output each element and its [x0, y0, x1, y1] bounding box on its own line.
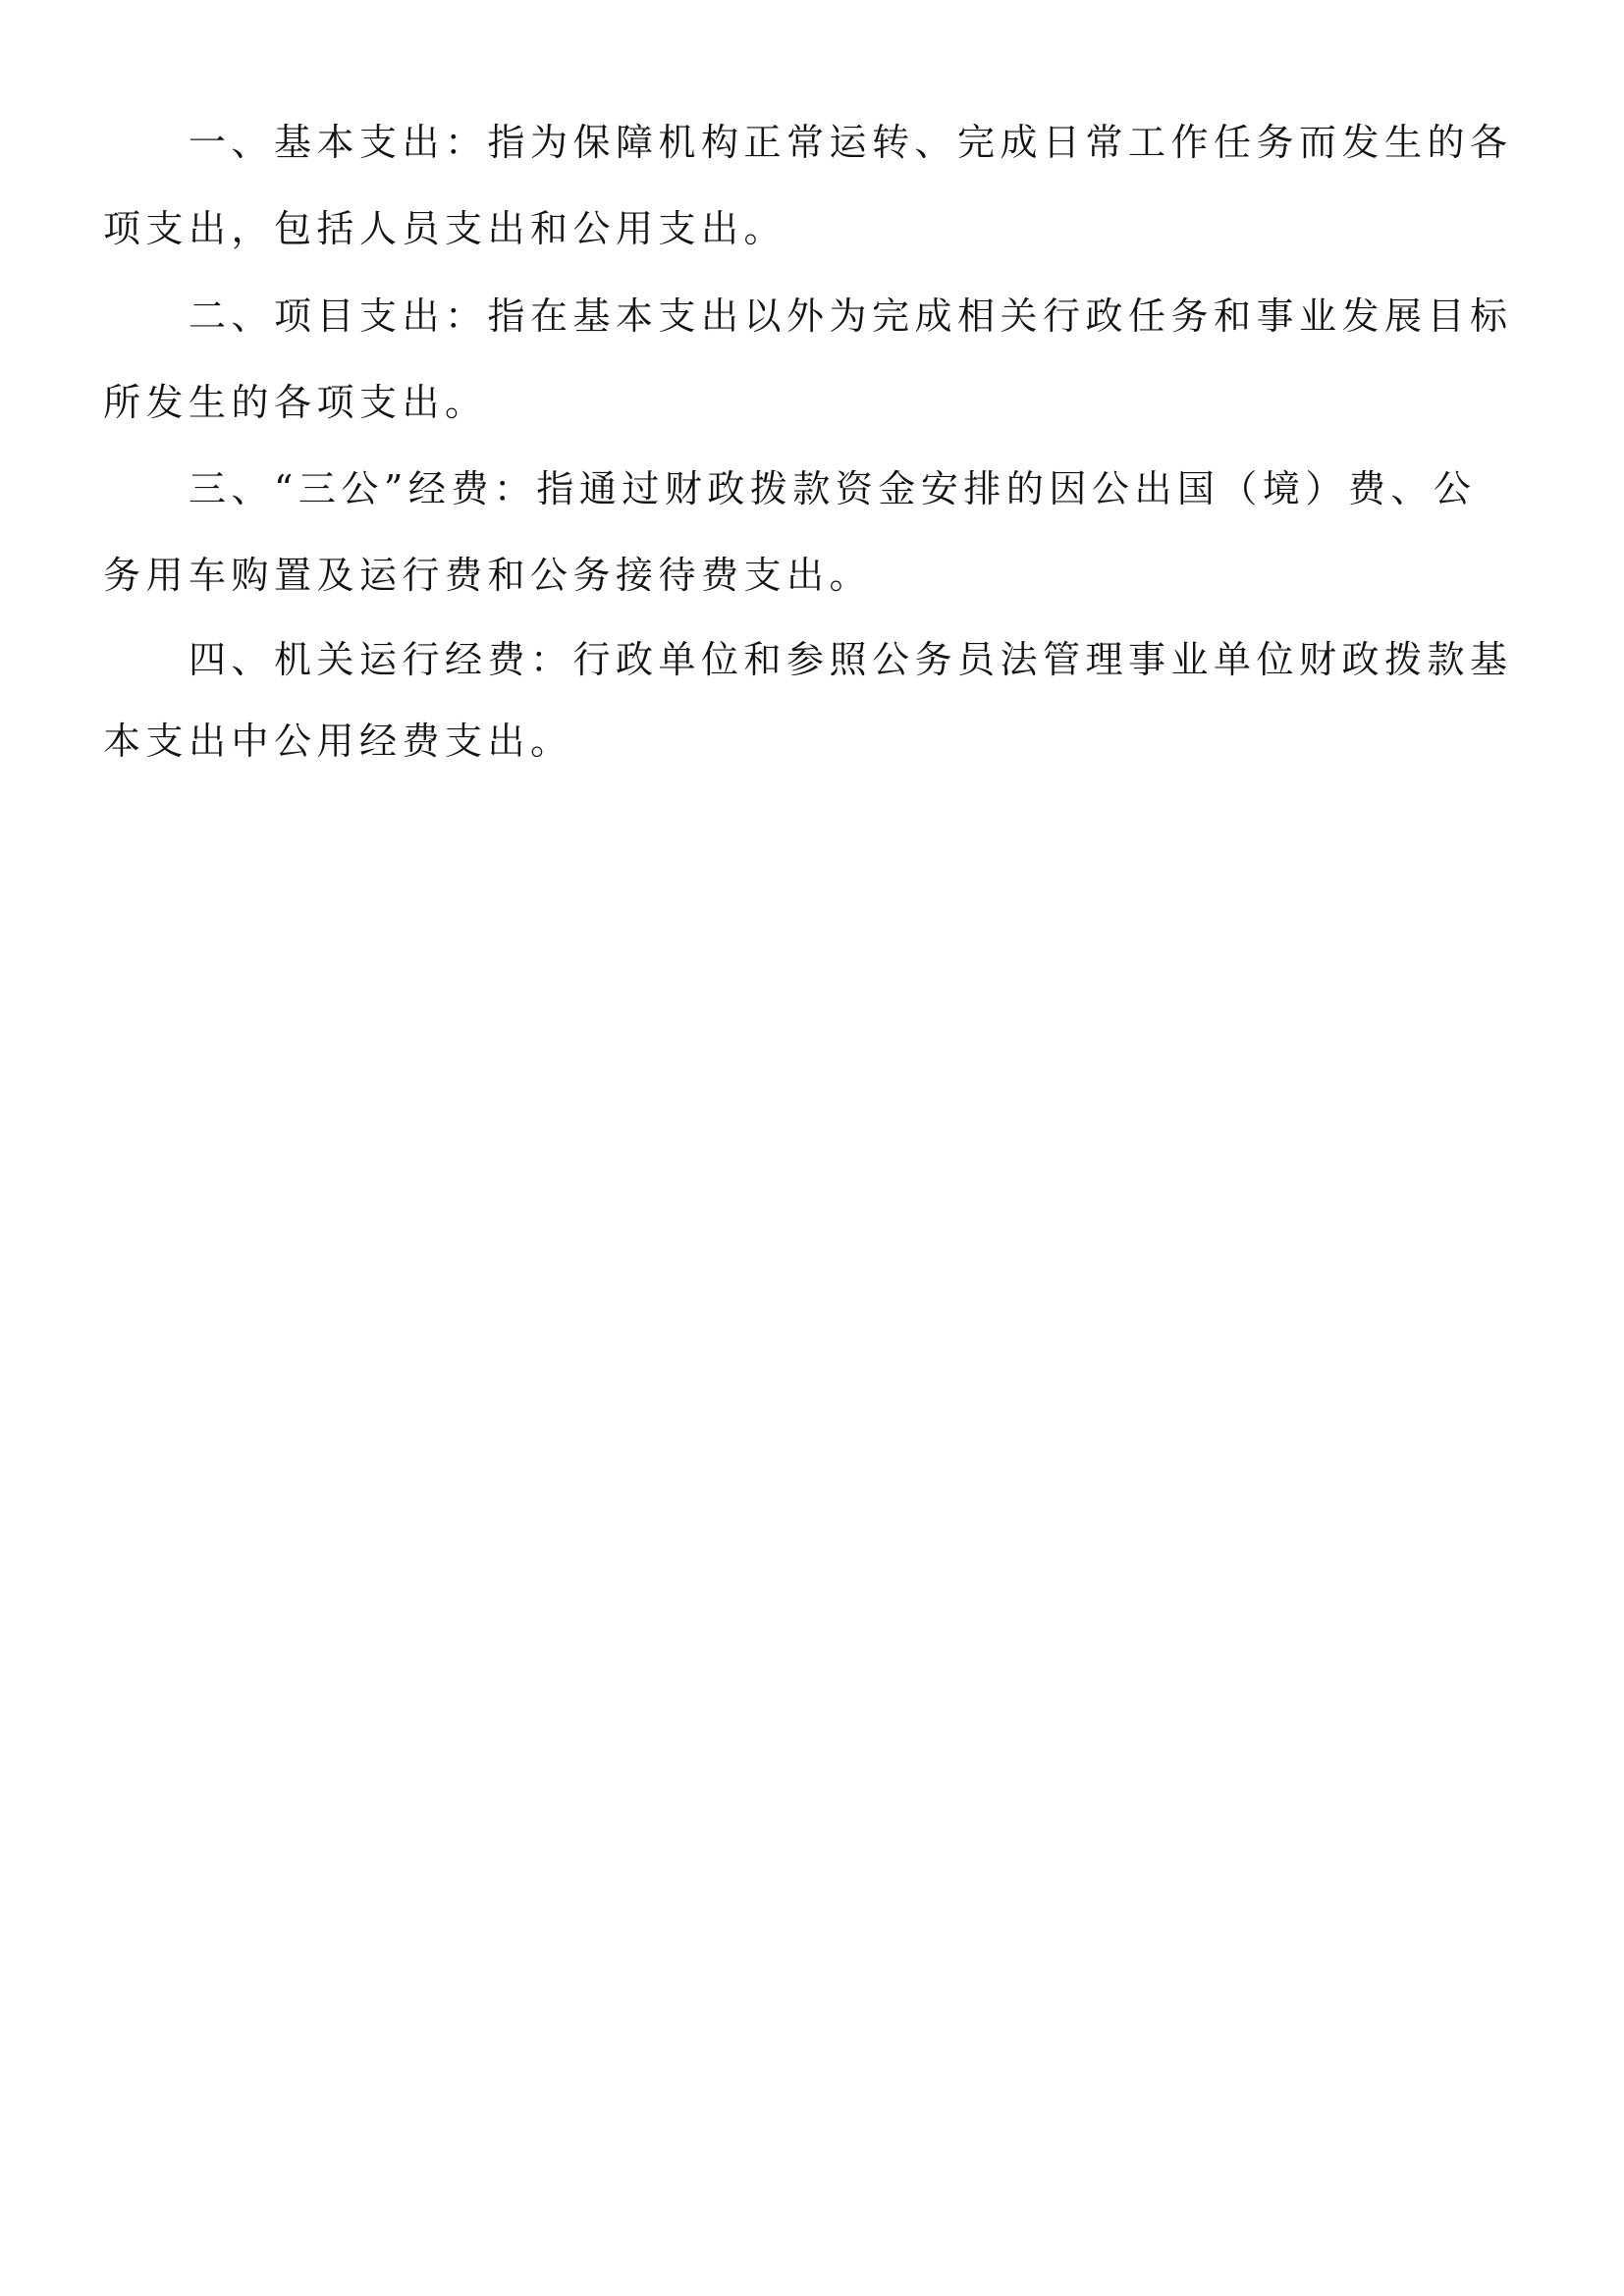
paragraph-project-expenditure-line-1: 二、项目支出：指在基本支出以外为完成相关行政任务和事业发展目标	[189, 287, 1513, 346]
paragraph-agency-operating-expenses-line-2: 本支出中公用经费支出。	[103, 712, 573, 771]
document-page: 一、基本支出：指为保障机构正常运转、完成日常工作任务而发生的各 项支出，包括人员…	[0, 0, 1624, 2296]
paragraph-agency-operating-expenses-line-1: 四、机关运行经费：行政单位和参照公务员法管理事业单位财政拨款基	[189, 630, 1513, 689]
paragraph-basic-expenditure-line-1: 一、基本支出：指为保障机构正常运转、完成日常工作任务而发生的各	[189, 113, 1513, 172]
paragraph-three-public-expenses-line-1: 三、“三公”经费：指通过财政拨款资金安排的因公出国（境）费、公	[189, 459, 1476, 518]
paragraph-three-public-expenses-line-2: 务用车购置及运行费和公务接待费支出。	[103, 546, 872, 605]
paragraph-project-expenditure-line-2: 所发生的各项支出。	[103, 373, 488, 432]
paragraph-basic-expenditure-line-2: 项支出，包括人员支出和公用支出。	[103, 199, 786, 258]
